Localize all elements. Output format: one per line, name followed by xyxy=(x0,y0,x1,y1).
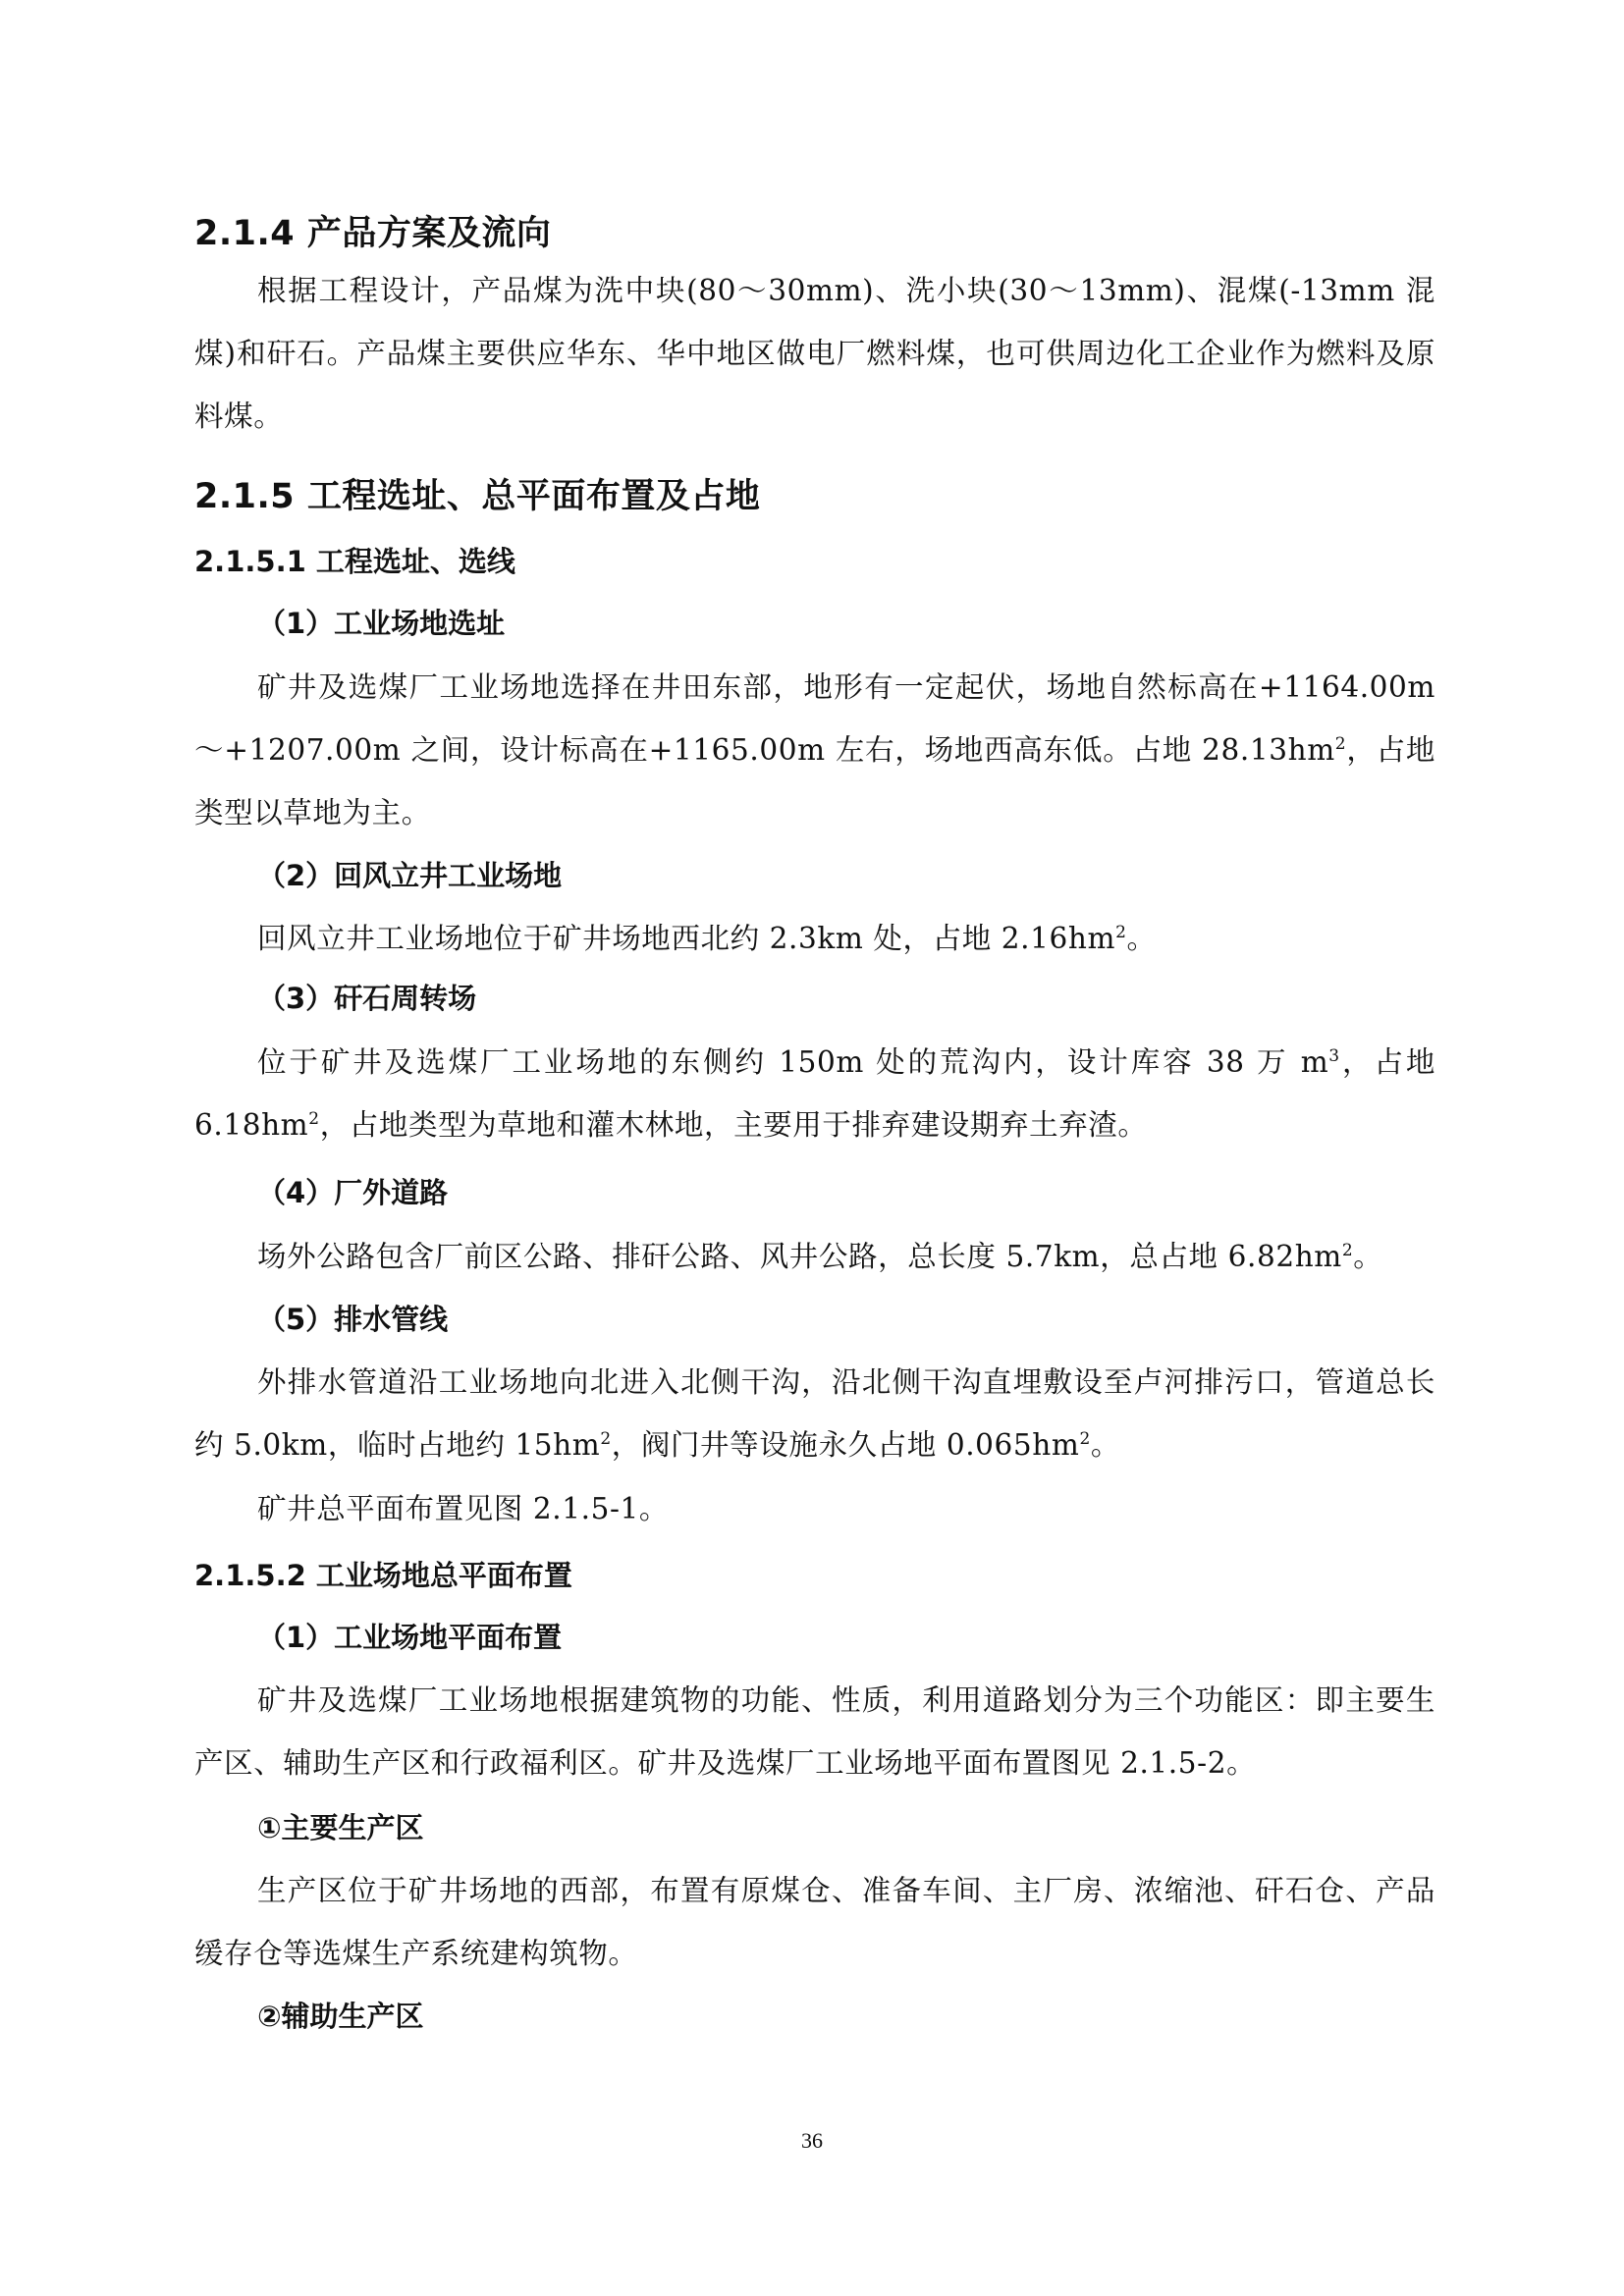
paragraph-item-2: 回风立井工业场地位于矿井场地西北约 2.3km 处，占地 2.16hm2。 xyxy=(194,907,1435,970)
paragraph-item-4: 场外公路包含厂前区公路、排矸公路、风井公路，总长度 5.7km，总占地 6.82… xyxy=(194,1225,1435,1288)
section-heading-2-1-5: 2.1.5 工程选址、总平面布置及占地 xyxy=(194,469,1435,518)
item-heading-2: （2）回风立井工业场地 xyxy=(194,854,1498,894)
subsection-heading-2-1-5-1: 2.1.5.1 工程选址、选线 xyxy=(194,540,1435,580)
item-heading-3: （3）矸石周转场 xyxy=(194,977,1498,1017)
item-heading-5: （5）排水管线 xyxy=(194,1298,1498,1338)
paragraph-item-1: 矿井及选煤厂工业场地选择在井田东部，地形有一定起伏，场地自然标高在+1164.0… xyxy=(194,656,1435,844)
zone-heading-auxiliary-production: ②辅助生产区 xyxy=(194,1995,1498,2035)
paragraph-main-production: 生产区位于矿井场地的西部，布置有原煤仓、准备车间、主厂房、浓缩池、矸石仓、产品缓… xyxy=(194,1859,1435,1985)
sub-heading-layout: （1）工业场地平面布置 xyxy=(194,1616,1498,1656)
section-heading-2-1-4: 2.1.4 产品方案及流向 xyxy=(194,206,1435,255)
item-heading-4: （4）厂外道路 xyxy=(194,1171,1498,1211)
subsection-heading-2-1-5-2: 2.1.5.2 工业场地总平面布置 xyxy=(194,1554,1435,1594)
zone-heading-main-production: ①主要生产区 xyxy=(194,1806,1498,1846)
paragraph-layout: 矿井及选煤厂工业场地根据建筑物的功能、性质，利用道路划分为三个功能区：即主要生产… xyxy=(194,1669,1435,1794)
paragraph-figure-reference: 矿井总平面布置见图 2.1.5-1。 xyxy=(194,1477,1435,1540)
paragraph-item-5: 外排水管道沿工业场地向北进入北侧干沟，沿北侧干沟直埋敷设至卢河排污口，管道总长约… xyxy=(194,1351,1435,1476)
paragraph-product-scheme: 根据工程设计，产品煤为洗中块(80～30mm)、洗小块(30～13mm)、混煤(… xyxy=(194,259,1435,448)
paragraph-item-3: 位于矿井及选煤厂工业场地的东侧约 150m 处的荒沟内，设计库容 38 万 m3… xyxy=(194,1031,1435,1156)
page-number: 36 xyxy=(0,2128,1624,2154)
item-heading-1: （1）工业场地选址 xyxy=(194,602,1498,642)
